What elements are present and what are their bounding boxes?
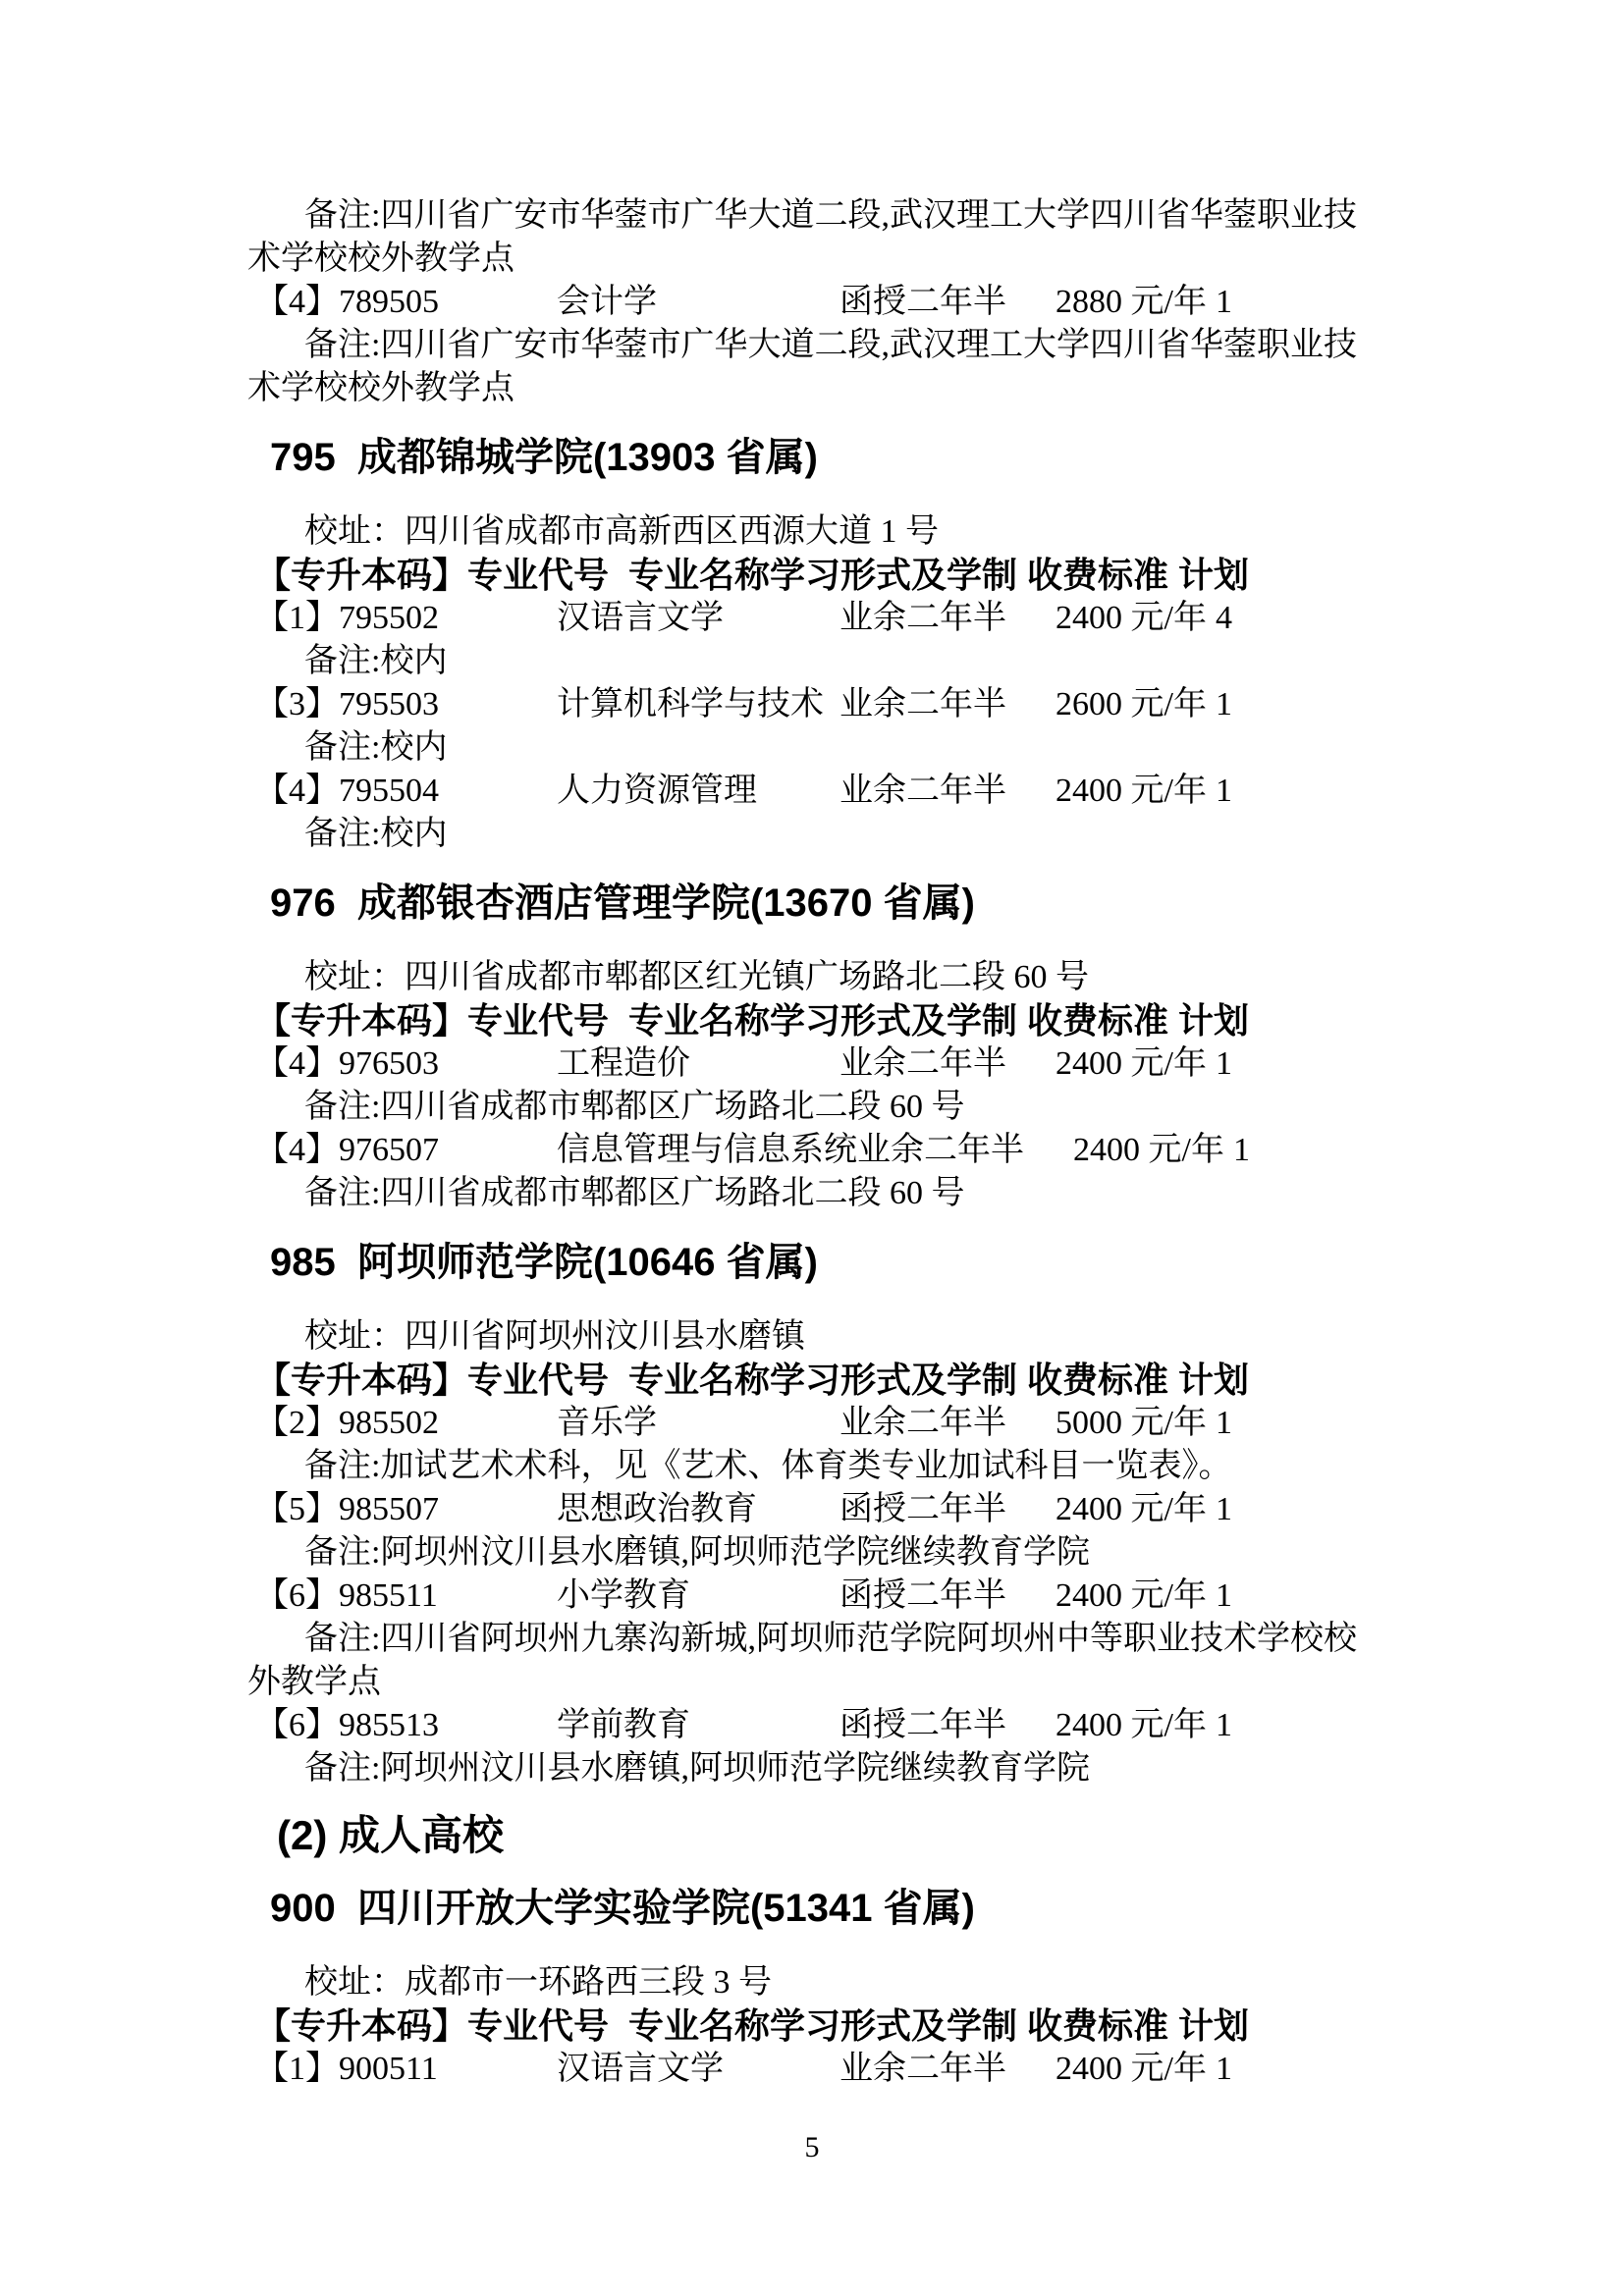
program-fee: 5000 元/年 — [1056, 1402, 1210, 1445]
school-address: 校址：四川省成都市郫都区红光镇广场路北二段 60 号 — [247, 956, 1377, 999]
note-line: 备注:校内 — [247, 726, 1377, 770]
note-line: 备注:四川省成都市郫都区广场路北二段 60 号 — [247, 1086, 1377, 1129]
school-heading-976: 976 成都银杏酒店管理学院(13670 省属) — [247, 880, 1377, 927]
program-plan-count: 1 — [1210, 770, 1232, 813]
program-plan-count: 1 — [1210, 683, 1232, 726]
columns-header: 【专升本码】专业代号 专业名称学习形式及学制 收费标准 计划 — [247, 999, 1377, 1042]
program-fee: 2400 元/年 — [1056, 597, 1210, 640]
content-area: 备注:四川省广安市华蓥市广华大道二段,武汉理工大学四川省华蓥职业技术学校校外教学… — [247, 194, 1377, 2169]
note-line: 备注:校内 — [247, 640, 1377, 683]
program-row: 【3】795503 计算机科学与技术 业余二年半 2600 元/年 1 — [247, 683, 1377, 726]
program-name: 汉语言文学 — [557, 2048, 839, 2091]
program-plan-count: 1 — [1210, 281, 1232, 324]
program-study-form: 函授二年半 — [839, 1575, 1056, 1618]
document-page: 备注:四川省广安市华蓥市广华大道二段,武汉理工大学四川省华蓥职业技术学校校外教学… — [0, 0, 1624, 2296]
program-code: 【6】985513 — [255, 1704, 557, 1747]
program-code: 【2】985502 — [255, 1402, 557, 1445]
program-plan-count: 1 — [1210, 1402, 1232, 1445]
program-fee: 2400 元/年 — [1056, 1488, 1210, 1531]
note-line: 备注:加试艺术术科，见《艺术、体育类专业加试科目一览表》。 — [247, 1445, 1377, 1488]
note-line: 备注:校内 — [247, 813, 1377, 856]
program-name: 思想政治教育 — [557, 1488, 839, 1531]
school-address: 校址：四川省阿坝州汶川县水磨镇 — [247, 1315, 1377, 1359]
program-row: 【6】985513 学前教育 函授二年半 2400 元/年 1 — [247, 1704, 1377, 1747]
program-study-form: 函授二年半 — [839, 281, 1056, 324]
program-study-form: 业余二年半 — [839, 1402, 1056, 1445]
program-row: 【4】795504 人力资源管理 业余二年半 2400 元/年 1 — [247, 770, 1377, 813]
program-fee: 2400 元/年 — [1073, 1129, 1227, 1172]
program-row: 【5】985507 思想政治教育 函授二年半 2400 元/年 1 — [247, 1488, 1377, 1531]
note-line: 备注:阿坝州汶川县水磨镇,阿坝师范学院继续教育学院 — [247, 1531, 1377, 1575]
school-address: 校址：四川省成都市高新西区西源大道 1 号 — [247, 510, 1377, 554]
school-heading-985: 985 阿坝师范学院(10646 省属) — [247, 1239, 1377, 1286]
program-row: 【1】795502 汉语言文学 业余二年半 2400 元/年 4 — [247, 597, 1377, 640]
program-name: 计算机科学与技术 — [557, 683, 839, 726]
program-study-form: 函授二年半 — [839, 1488, 1056, 1531]
program-row: 【1】900511 汉语言文学 业余二年半 2400 元/年 1 — [247, 2048, 1377, 2091]
note-line: 备注:阿坝州汶川县水磨镇,阿坝师范学院继续教育学院 — [247, 1747, 1377, 1790]
program-fee: 2400 元/年 — [1056, 1042, 1210, 1086]
program-fee: 2880 元/年 — [1056, 281, 1210, 324]
school-heading-795: 795 成都锦城学院(13903 省属) — [247, 434, 1377, 481]
program-code: 【4】976507 — [255, 1129, 557, 1172]
school-address: 校址：成都市一环路西三段 3 号 — [247, 1961, 1377, 2004]
note-line: 备注:四川省广安市华蓥市广华大道二段,武汉理工大学四川省华蓥职业技术学校校外教学… — [247, 194, 1377, 281]
section-heading-adult-colleges: (2) 成人高校 — [247, 1810, 1377, 1861]
program-plan-count: 1 — [1210, 1488, 1232, 1531]
page-number: 5 — [247, 2126, 1377, 2169]
program-name: 工程造价 — [557, 1042, 839, 1086]
program-study-form: 业余二年半 — [839, 2048, 1056, 2091]
program-study-form: 业余二年半 — [839, 770, 1056, 813]
program-row: 【6】985511 小学教育 函授二年半 2400 元/年 1 — [247, 1575, 1377, 1618]
program-fee: 2400 元/年 — [1056, 770, 1210, 813]
program-study-form: 业余二年半 — [857, 1129, 1073, 1172]
program-name: 学前教育 — [557, 1704, 839, 1747]
program-fee: 2600 元/年 — [1056, 683, 1210, 726]
program-code: 【4】976503 — [255, 1042, 557, 1086]
columns-header: 【专升本码】专业代号 专业名称学习形式及学制 收费标准 计划 — [247, 2004, 1377, 2048]
program-code: 【1】795502 — [255, 597, 557, 640]
program-row: 【4】976503 工程造价 业余二年半 2400 元/年 1 — [247, 1042, 1377, 1086]
program-plan-count: 1 — [1210, 1704, 1232, 1747]
program-name: 小学教育 — [557, 1575, 839, 1618]
program-study-form: 业余二年半 — [839, 597, 1056, 640]
program-fee: 2400 元/年 — [1056, 2048, 1210, 2091]
program-plan-count: 1 — [1210, 1042, 1232, 1086]
program-code: 【1】900511 — [255, 2048, 557, 2091]
program-row: 【4】789505 会计学 函授二年半 2880 元/年 1 — [247, 281, 1377, 324]
program-row: 【4】976507 信息管理与信息系统 业余二年半 2400 元/年 1 — [247, 1129, 1377, 1172]
program-code: 【4】795504 — [255, 770, 557, 813]
note-line: 备注:四川省阿坝州九寨沟新城,阿坝师范学院阿坝州中等职业技术学校校外教学点 — [247, 1618, 1377, 1704]
program-row: 【2】985502 音乐学 业余二年半 5000 元/年 1 — [247, 1402, 1377, 1445]
program-fee: 2400 元/年 — [1056, 1704, 1210, 1747]
program-code: 【4】789505 — [255, 281, 557, 324]
program-name: 音乐学 — [557, 1402, 839, 1445]
note-line: 备注:四川省广安市华蓥市广华大道二段,武汉理工大学四川省华蓥职业技术学校校外教学… — [247, 324, 1377, 410]
program-code: 【6】985511 — [255, 1575, 557, 1618]
program-study-form: 函授二年半 — [839, 1704, 1056, 1747]
program-plan-count: 1 — [1227, 1129, 1250, 1172]
program-plan-count: 4 — [1210, 597, 1232, 640]
program-name: 人力资源管理 — [557, 770, 839, 813]
program-name: 汉语言文学 — [557, 597, 839, 640]
note-line: 备注:四川省成都市郫都区广场路北二段 60 号 — [247, 1172, 1377, 1215]
columns-header: 【专升本码】专业代号 专业名称学习形式及学制 收费标准 计划 — [247, 1359, 1377, 1402]
program-code: 【3】795503 — [255, 683, 557, 726]
columns-header: 【专升本码】专业代号 专业名称学习形式及学制 收费标准 计划 — [247, 554, 1377, 597]
program-name: 信息管理与信息系统 — [557, 1129, 857, 1172]
program-study-form: 业余二年半 — [839, 683, 1056, 726]
program-name: 会计学 — [557, 281, 839, 324]
school-heading-900: 900 四川开放大学实验学院(51341 省属) — [247, 1885, 1377, 1932]
program-plan-count: 1 — [1210, 2048, 1232, 2091]
program-study-form: 业余二年半 — [839, 1042, 1056, 1086]
program-fee: 2400 元/年 — [1056, 1575, 1210, 1618]
program-code: 【5】985507 — [255, 1488, 557, 1531]
program-plan-count: 1 — [1210, 1575, 1232, 1618]
